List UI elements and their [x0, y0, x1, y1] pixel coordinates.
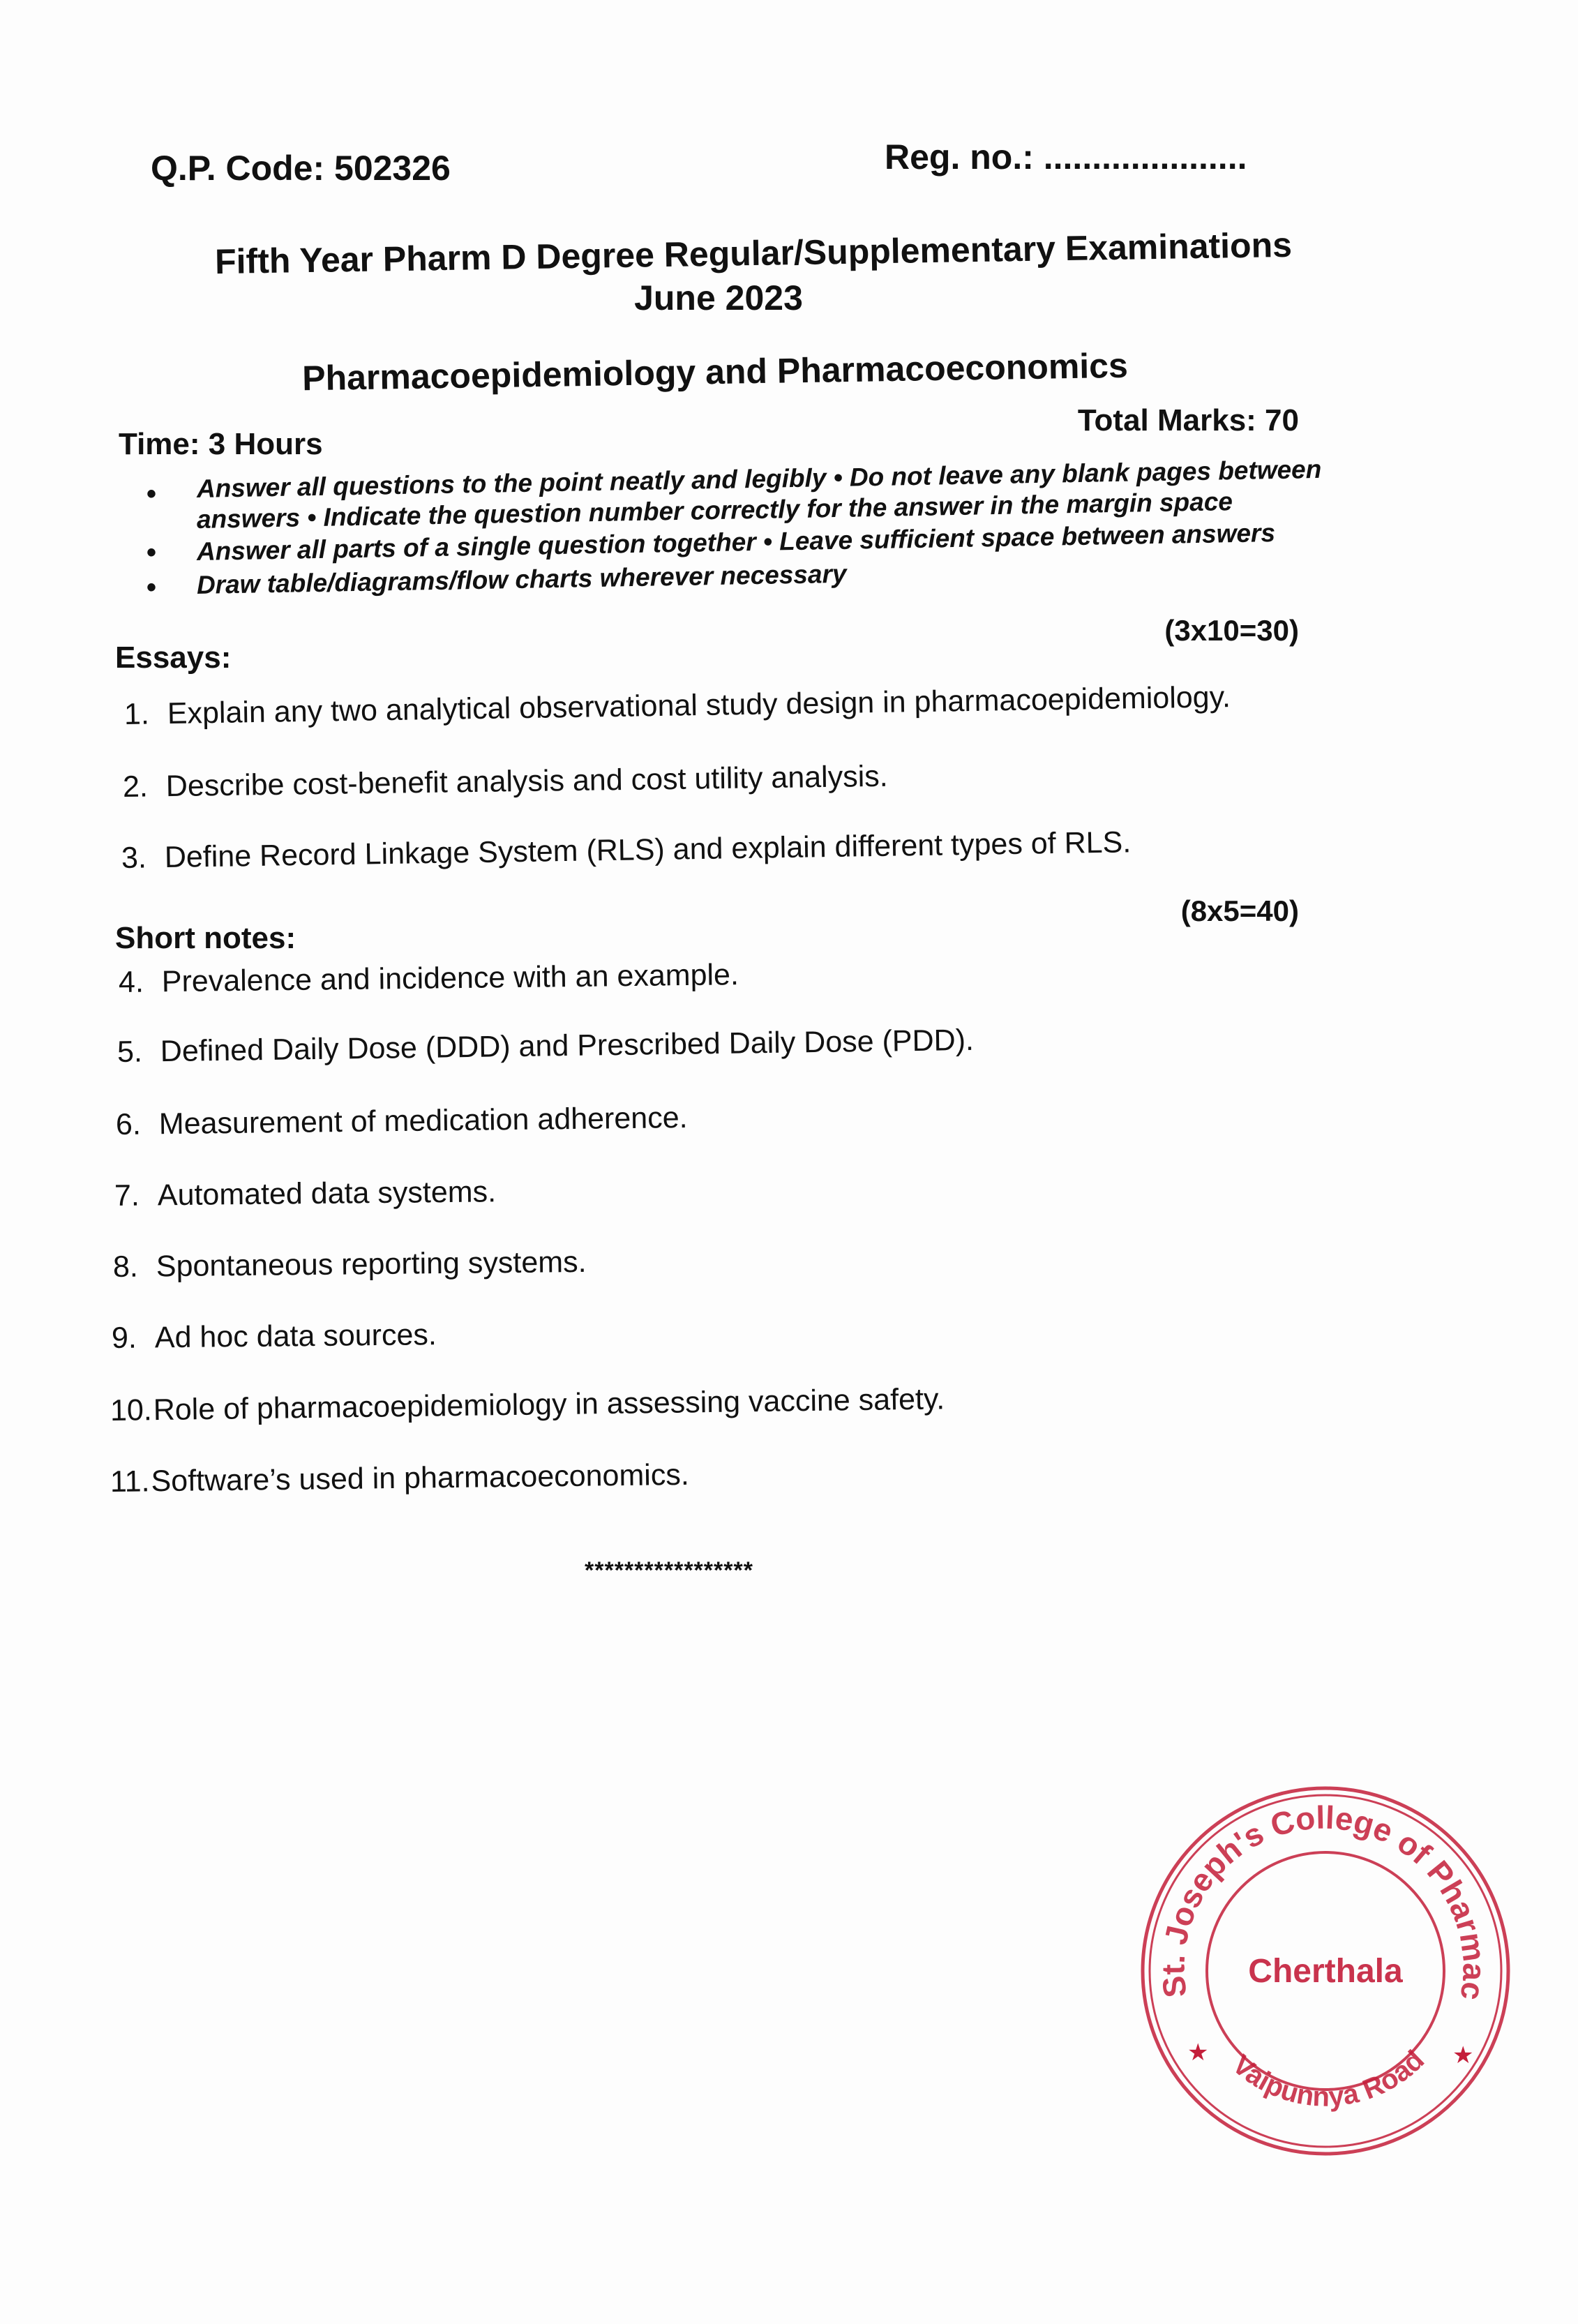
question-8: 8.Spontaneous reporting systems.	[113, 1245, 587, 1284]
question-number: 3.	[121, 841, 147, 876]
total-marks: Total Marks: 70	[1078, 403, 1299, 438]
instruction-3: Draw table/diagrams/flow charts wherever…	[197, 560, 847, 600]
question-number: 5.	[117, 1035, 143, 1070]
question-number: 1.	[124, 697, 150, 732]
question-text: Ad hoc data sources.	[155, 1318, 437, 1354]
short-notes-marks: (8x5=40)	[1181, 894, 1299, 928]
bullet-icon: •	[146, 537, 156, 569]
question-5: 5.Defined Daily Dose (DDD) and Prescribe…	[117, 1024, 975, 1070]
question-number: 6.	[116, 1108, 141, 1142]
question-number: 10.	[110, 1393, 152, 1428]
stamp-center-text: Cherthala	[1248, 1953, 1403, 1990]
bullet-icon: •	[146, 572, 156, 604]
question-9: 9.Ad hoc data sources.	[112, 1318, 437, 1356]
question-text: Automated data systems.	[158, 1175, 497, 1212]
essays-marks: (3x10=30)	[1164, 614, 1299, 647]
question-number: 9.	[112, 1321, 137, 1356]
exam-paper: Q.P. Code: 502326 Reg. no.: ............…	[0, 0, 1578, 2324]
question-text: Describe cost-benefit analysis and cost …	[166, 760, 888, 803]
short-notes-heading: Short notes:	[115, 921, 296, 956]
exam-title: Fifth Year Pharm D Degree Regular/Supple…	[21, 222, 1487, 285]
question-11: 11.Software’s used in pharmacoeconomics.	[110, 1458, 689, 1499]
question-10: 10.Role of pharmacoepidemiology in asses…	[110, 1382, 945, 1428]
question-text: Define Record Linkage System (RLS) and e…	[164, 825, 1131, 874]
question-1: 1.Explain any two analytical observation…	[124, 680, 1231, 732]
question-text: Prevalence and incidence with an example…	[162, 958, 739, 998]
bullet-icon: •	[146, 479, 156, 510]
question-text: Measurement of medication adherence.	[159, 1101, 688, 1141]
question-number: 11.	[110, 1464, 150, 1499]
star-icon: ★	[1452, 2042, 1473, 2069]
stamp-bottom-text: Vaipunnya Road	[1226, 2044, 1430, 2112]
question-text: Software’s used in pharmacoeconomics.	[151, 1458, 689, 1498]
question-3: 3.Define Record Linkage System (RLS) and…	[121, 825, 1132, 876]
exam-date: June 2023	[0, 278, 1437, 318]
college-stamp-icon: St. Joseph's College of Pharmacy Vaipunn…	[1130, 1776, 1521, 2166]
question-4: 4.Prevalence and incidence with an examp…	[119, 958, 739, 1000]
star-icon: ★	[1187, 2039, 1208, 2066]
end-marker: *****************	[585, 1557, 753, 1584]
question-number: 4.	[119, 966, 144, 1000]
question-number: 8.	[113, 1250, 138, 1284]
question-2: 2.Describe cost-benefit analysis and cos…	[123, 760, 888, 804]
question-text: Defined Daily Dose (DDD) and Prescribed …	[160, 1024, 975, 1068]
question-number: 2.	[123, 770, 149, 804]
time-allowed: Time: 3 Hours	[119, 427, 323, 462]
question-text: Spontaneous reporting systems.	[156, 1245, 587, 1283]
reg-no: Reg. no.: .....................	[885, 137, 1247, 177]
question-number: 7.	[114, 1179, 140, 1213]
question-7: 7.Automated data systems.	[114, 1175, 497, 1213]
qp-code: Q.P. Code: 502326	[151, 148, 451, 188]
essays-heading: Essays:	[115, 640, 231, 675]
question-text: Explain any two analytical observational…	[167, 680, 1231, 730]
question-6: 6.Measurement of medication adherence.	[116, 1101, 688, 1142]
question-text: Role of pharmacoepidemiology in assessin…	[153, 1382, 945, 1427]
subject-title: Pharmacoepidemiology and Pharmacoeconomi…	[0, 340, 1430, 403]
